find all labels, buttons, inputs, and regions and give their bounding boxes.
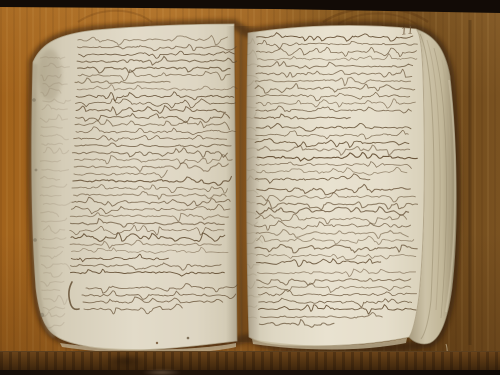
gutter-shadow: [226, 26, 260, 342]
edge-stain: [31, 90, 41, 270]
table-shadow-smudge: [104, 354, 148, 368]
photo-bottom-edge: [0, 370, 500, 375]
ink-speck: [187, 337, 190, 340]
wood-grain-arc: [78, 11, 152, 22]
page-number: 11: [400, 25, 414, 37]
reflection-spot: [142, 369, 182, 375]
ink-speck: [156, 342, 158, 344]
speck: [33, 238, 37, 242]
table-front-edge: [0, 351, 500, 372]
open-book: [0, 0, 500, 375]
speck: [35, 169, 38, 172]
speck: [32, 98, 36, 102]
manuscript-photo: 11: [0, 0, 500, 375]
